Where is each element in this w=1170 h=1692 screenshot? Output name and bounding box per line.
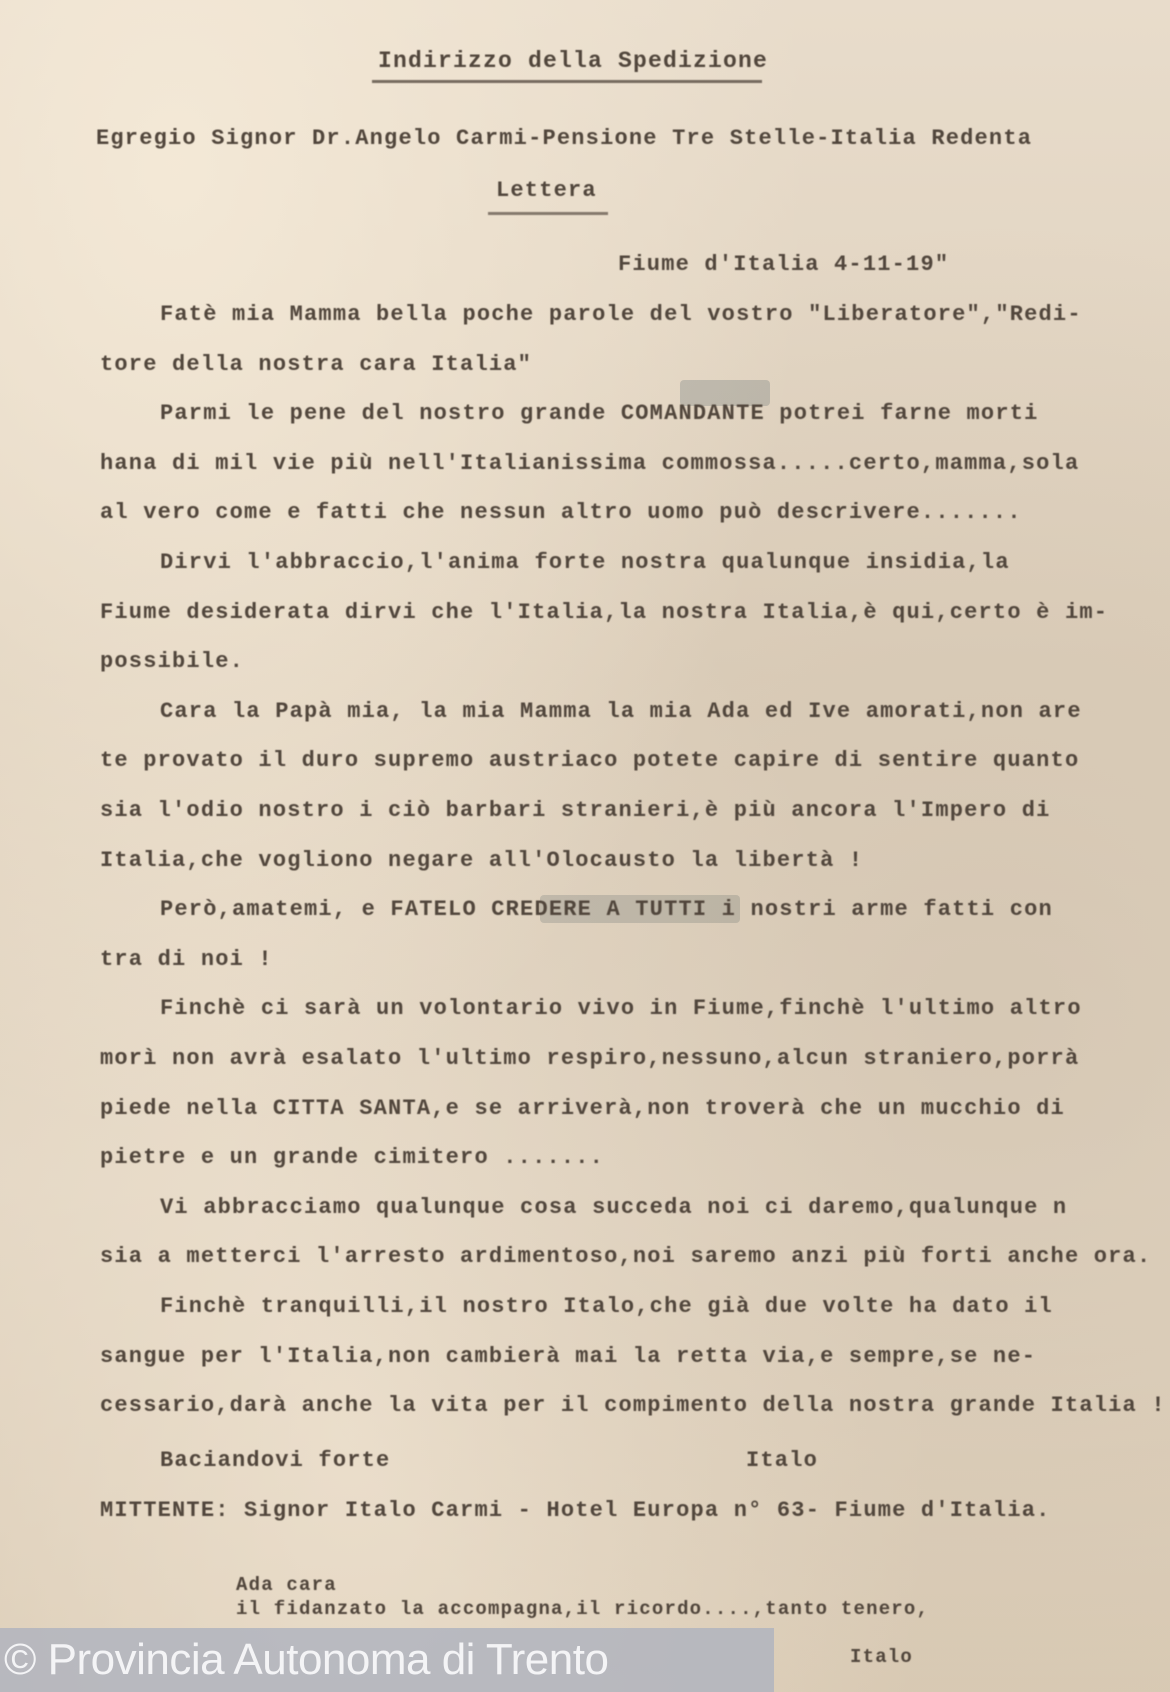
letter-line: Finchè ci sarà un volontario vivo in Fiu… — [160, 996, 1082, 1021]
letter-line: possibile. — [100, 649, 244, 674]
document-title: Indirizzo della Spedizione — [378, 48, 768, 74]
letter-line: Fatè mia Mamma bella poche parole del vo… — [160, 302, 1082, 327]
postscript-body: il fidanzato la accompagna,il ricordo...… — [236, 1598, 929, 1620]
signature-name: Italo — [746, 1448, 818, 1473]
recipient-address: Egregio Signor Dr.Angelo Carmi-Pensione … — [96, 126, 1032, 151]
letter-line: sia a metterci l'arresto ardimentoso,noi… — [100, 1244, 1151, 1269]
letter-line: Parmi le pene del nostro grande COMANDAN… — [160, 401, 1039, 426]
heading-underline — [488, 212, 608, 215]
letter-line: Finchè tranquilli,il nostro Italo,che gi… — [160, 1294, 1053, 1319]
letter-line: sia l'odio nostro i ciò barbari stranier… — [100, 798, 1051, 823]
copyright-watermark: © Provincia Autonoma di Trento — [0, 1628, 774, 1692]
sender-line: MITTENTE: Signor Italo Carmi - Hotel Eur… — [100, 1498, 1051, 1523]
letter-line: cessario,darà anche la vita per il compi… — [100, 1393, 1166, 1418]
letter-line: Però,amatemi, e FATELO CREDERE A TUTTI i… — [160, 897, 1053, 922]
letter-line: morì non avrà esalato l'ultimo respiro,n… — [100, 1046, 1079, 1071]
letter-line: sangue per l'Italia,non cambierà mai la … — [100, 1344, 1036, 1369]
letter-line: Fiume desiderata dirvi che l'Italia,la n… — [100, 600, 1108, 625]
title-underline — [372, 80, 762, 83]
letter-line: al vero come e fatti che nessun altro uo… — [100, 500, 1022, 525]
typewritten-letter: Indirizzo della Spedizione Egregio Signo… — [0, 0, 1170, 1692]
letter-line: Italia,che vogliono negare all'Olocausto… — [100, 848, 863, 873]
letter-line: Cara la Papà mia, la mia Mamma la mia Ad… — [160, 699, 1082, 724]
letter-line: Vi abbracciamo qualunque cosa succeda no… — [160, 1195, 1067, 1220]
letter-line: Dirvi l'abbraccio,l'anima forte nostra q… — [160, 550, 1010, 575]
letter-line: tra di noi ! — [100, 947, 273, 972]
dateline: Fiume d'Italia 4-11-19" — [618, 252, 949, 277]
letter-line: tore della nostra cara Italia" — [100, 352, 532, 377]
letter-heading: Lettera — [496, 178, 597, 203]
signature-closing: Baciandovi forte — [160, 1448, 390, 1473]
postscript-signature: Italo — [850, 1646, 913, 1668]
letter-line: te provato il duro supremo austriaco pot… — [100, 748, 1079, 773]
letter-line: piede nella CITTA SANTA,e se arriverà,no… — [100, 1096, 1065, 1121]
letter-line: hana di mil vie più nell'Italianissima c… — [100, 451, 1079, 476]
postscript-heading: Ada cara — [236, 1574, 337, 1596]
letter-line: pietre e un grande cimitero ....... — [100, 1145, 604, 1170]
